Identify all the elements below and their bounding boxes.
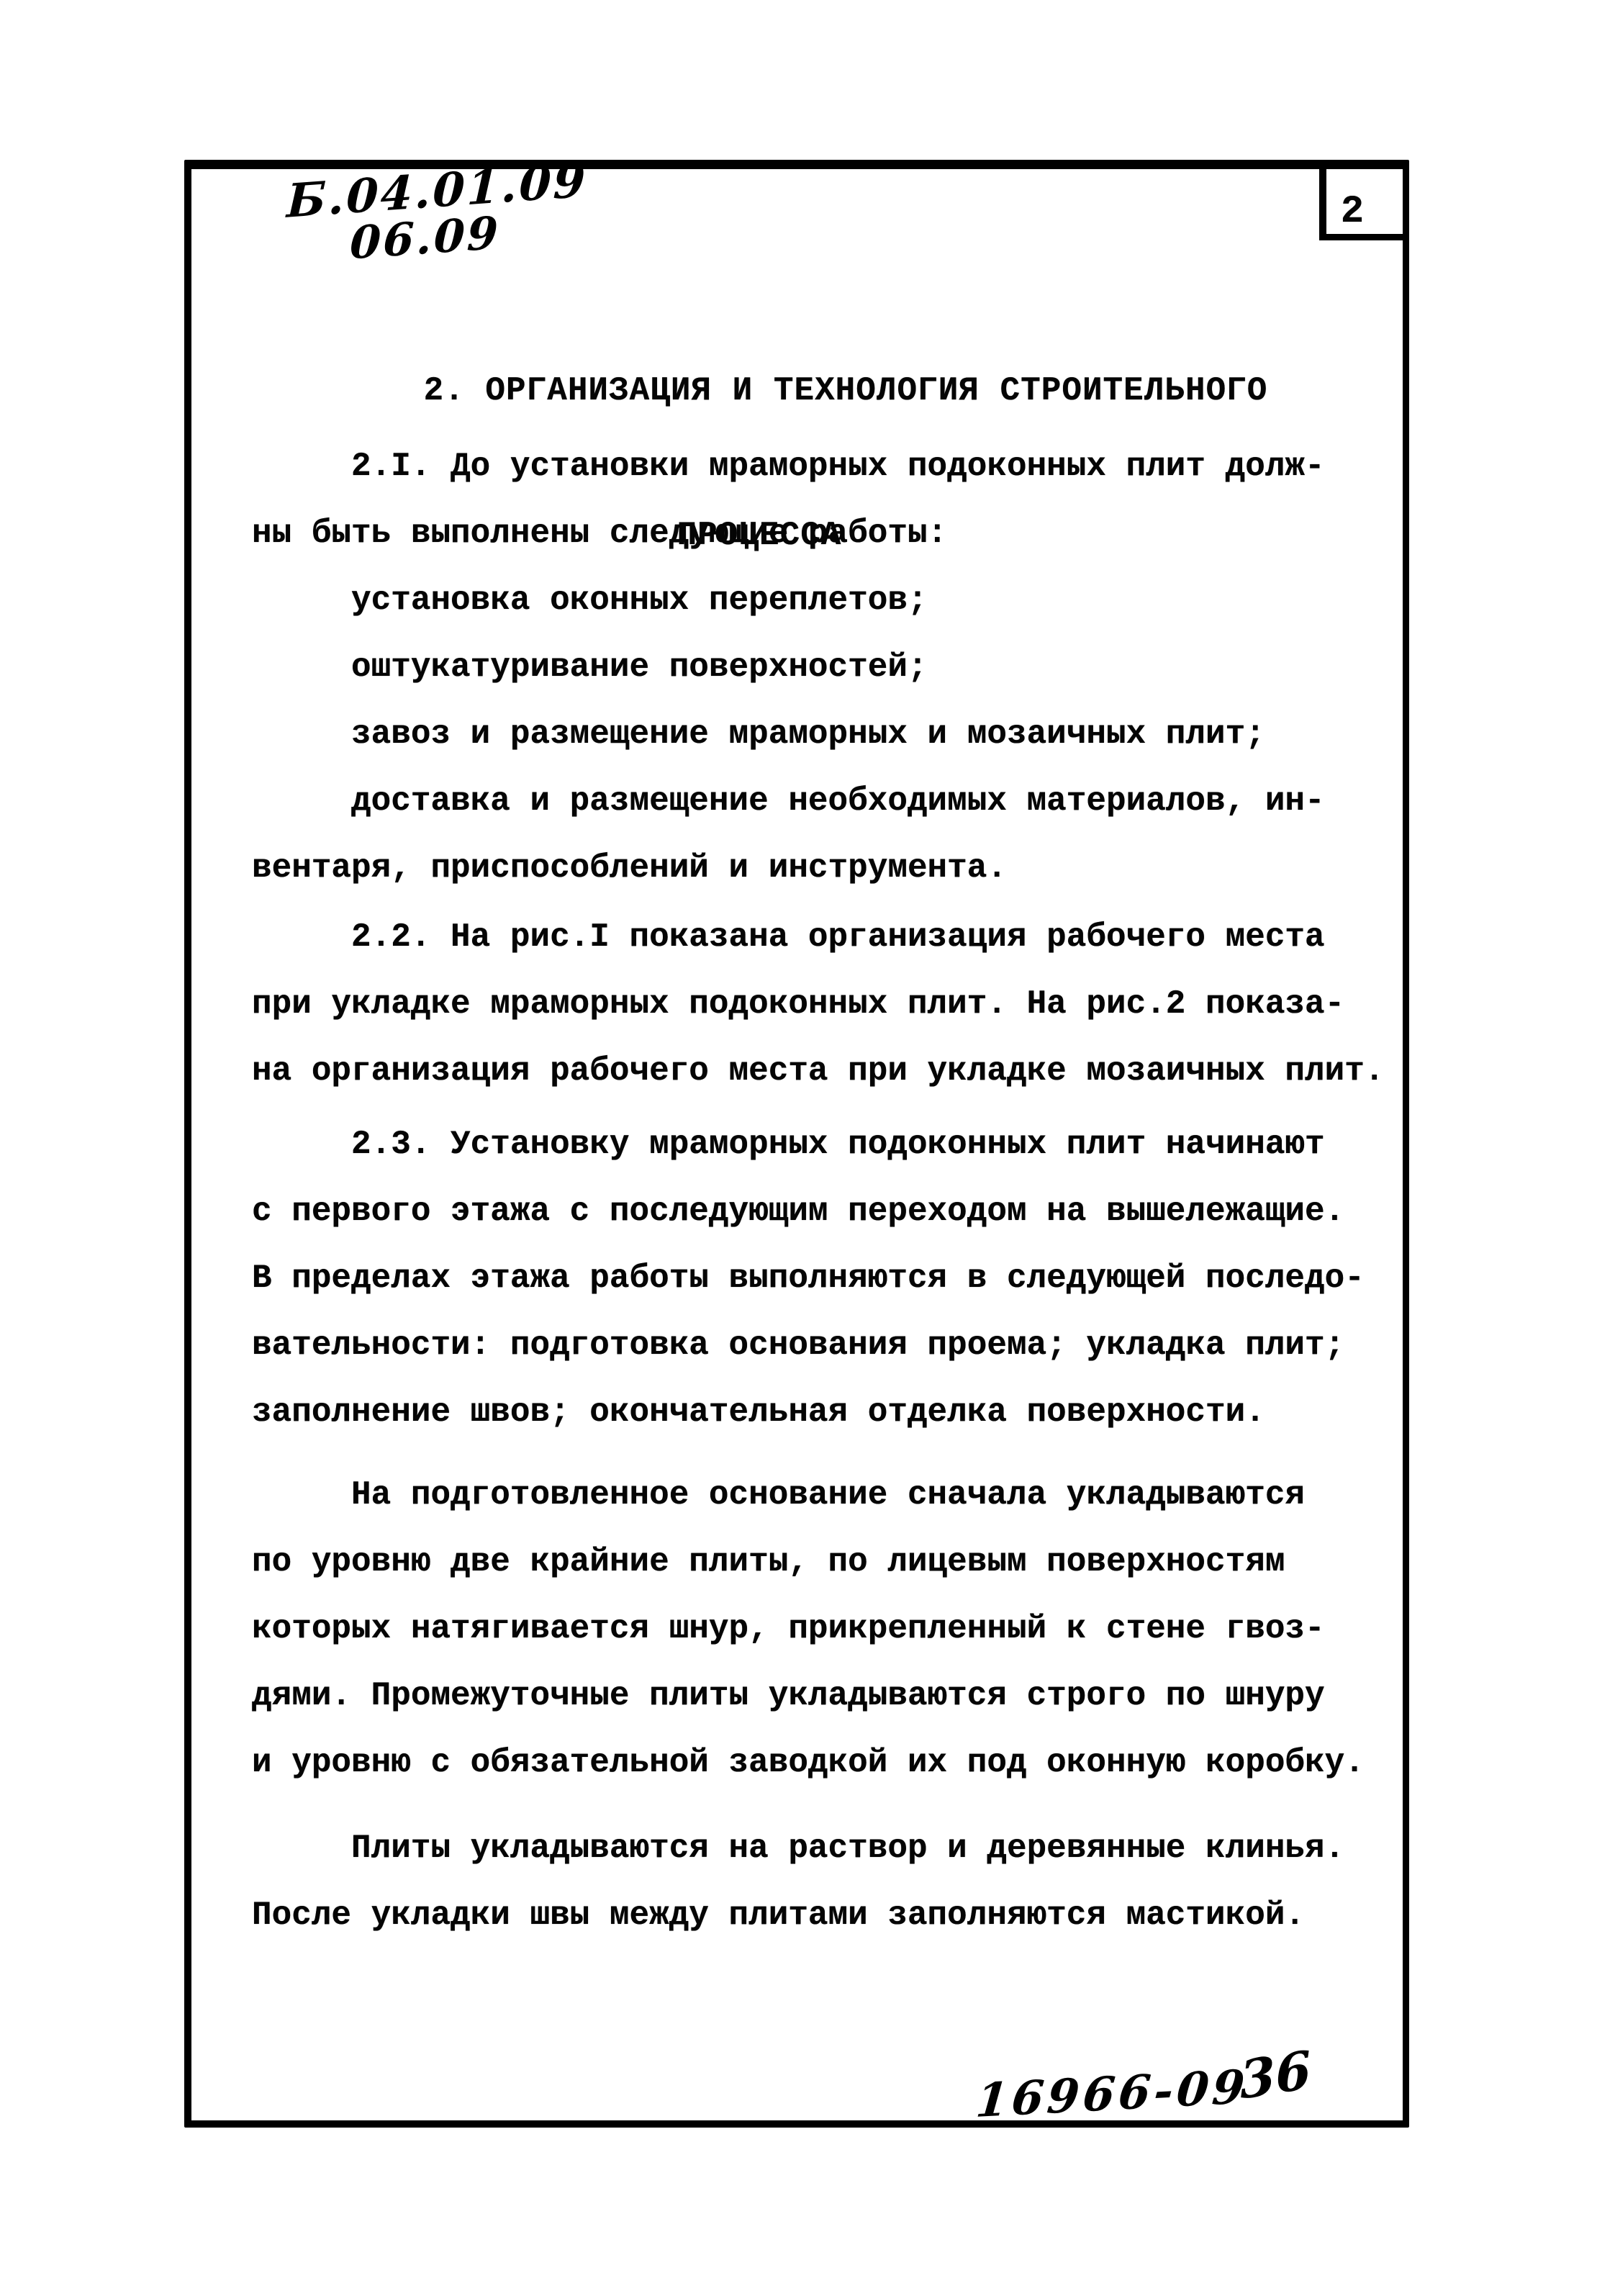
text-line: при укладке мраморных подоконных плит. Н… — [252, 971, 1384, 1038]
text-line: и уровню с обязательной заводкой их под … — [252, 1730, 1365, 1796]
text-line: 2.3. Установку мраморных подоконных плит… — [252, 1111, 1365, 1178]
paragraph-2-2: 2.2. На рис.I показана организация рабоч… — [252, 904, 1384, 1105]
text-line: На подготовленное основание сначала укла… — [252, 1462, 1365, 1529]
text-line: установка оконных переплетов; — [252, 567, 1325, 634]
text-line: по уровню две крайние плиты, по лицевым … — [252, 1529, 1365, 1596]
text-line: дями. Промежуточные плиты укладываются с… — [252, 1663, 1365, 1730]
text-line: Плиты укладываются на раствор и деревянн… — [252, 1815, 1344, 1882]
text-line: В пределах этажа работы выполняются в сл… — [252, 1245, 1365, 1312]
text-line: с первого этажа с последующим переходом … — [252, 1178, 1365, 1245]
text-line: ны быть выполнены следующие работы: — [252, 500, 1325, 567]
heading-line-1: 2. ОРГАНИЗАЦИЯ И ТЕХНОЛОГИЯ СТРОИТЕЛЬНОГ… — [277, 367, 1414, 415]
text-line: которых натягивается шнур, прикрепленный… — [252, 1596, 1365, 1663]
text-line: заполнение швов; окончательная отделка п… — [252, 1379, 1365, 1446]
text-line: вательности: подготовка основания проема… — [252, 1312, 1365, 1379]
text-line: После укладки швы между плитами заполняю… — [252, 1882, 1344, 1949]
paragraph-2-1: 2.I. До установки мраморных подоконных п… — [252, 433, 1325, 902]
page-number-box: 2 — [1319, 161, 1409, 240]
text-line: доставка и размещение необходимых матери… — [252, 768, 1325, 835]
text-line: вентаря, приспособлений и инструмента. — [252, 835, 1325, 902]
footer-handwritten-page-number: 36 — [1238, 2038, 1312, 2111]
handwritten-document-code-line-2: 06.09 — [349, 207, 501, 270]
paragraph-base-preparation: На подготовленное основание сначала укла… — [252, 1462, 1365, 1796]
page-number: 2 — [1341, 170, 1388, 234]
text-line: завоз и размещение мраморных и мозаичных… — [252, 701, 1325, 768]
text-line: на организация рабочего места при укладк… — [252, 1038, 1384, 1105]
text-line: оштукатуривание поверхностей; — [252, 634, 1325, 701]
text-line: 2.2. На рис.I показана организация рабоч… — [252, 904, 1384, 971]
scanned-document-page: 2 Б.04.01.09 06.09 2. ОРГАНИЗАЦИЯ И ТЕХН… — [0, 0, 1615, 2296]
paragraph-mortar-wedges: Плиты укладываются на раствор и деревянн… — [252, 1815, 1344, 1949]
text-line: 2.I. До установки мраморных подоконных п… — [252, 433, 1325, 500]
paragraph-2-3: 2.3. Установку мраморных подоконных плит… — [252, 1111, 1365, 1446]
